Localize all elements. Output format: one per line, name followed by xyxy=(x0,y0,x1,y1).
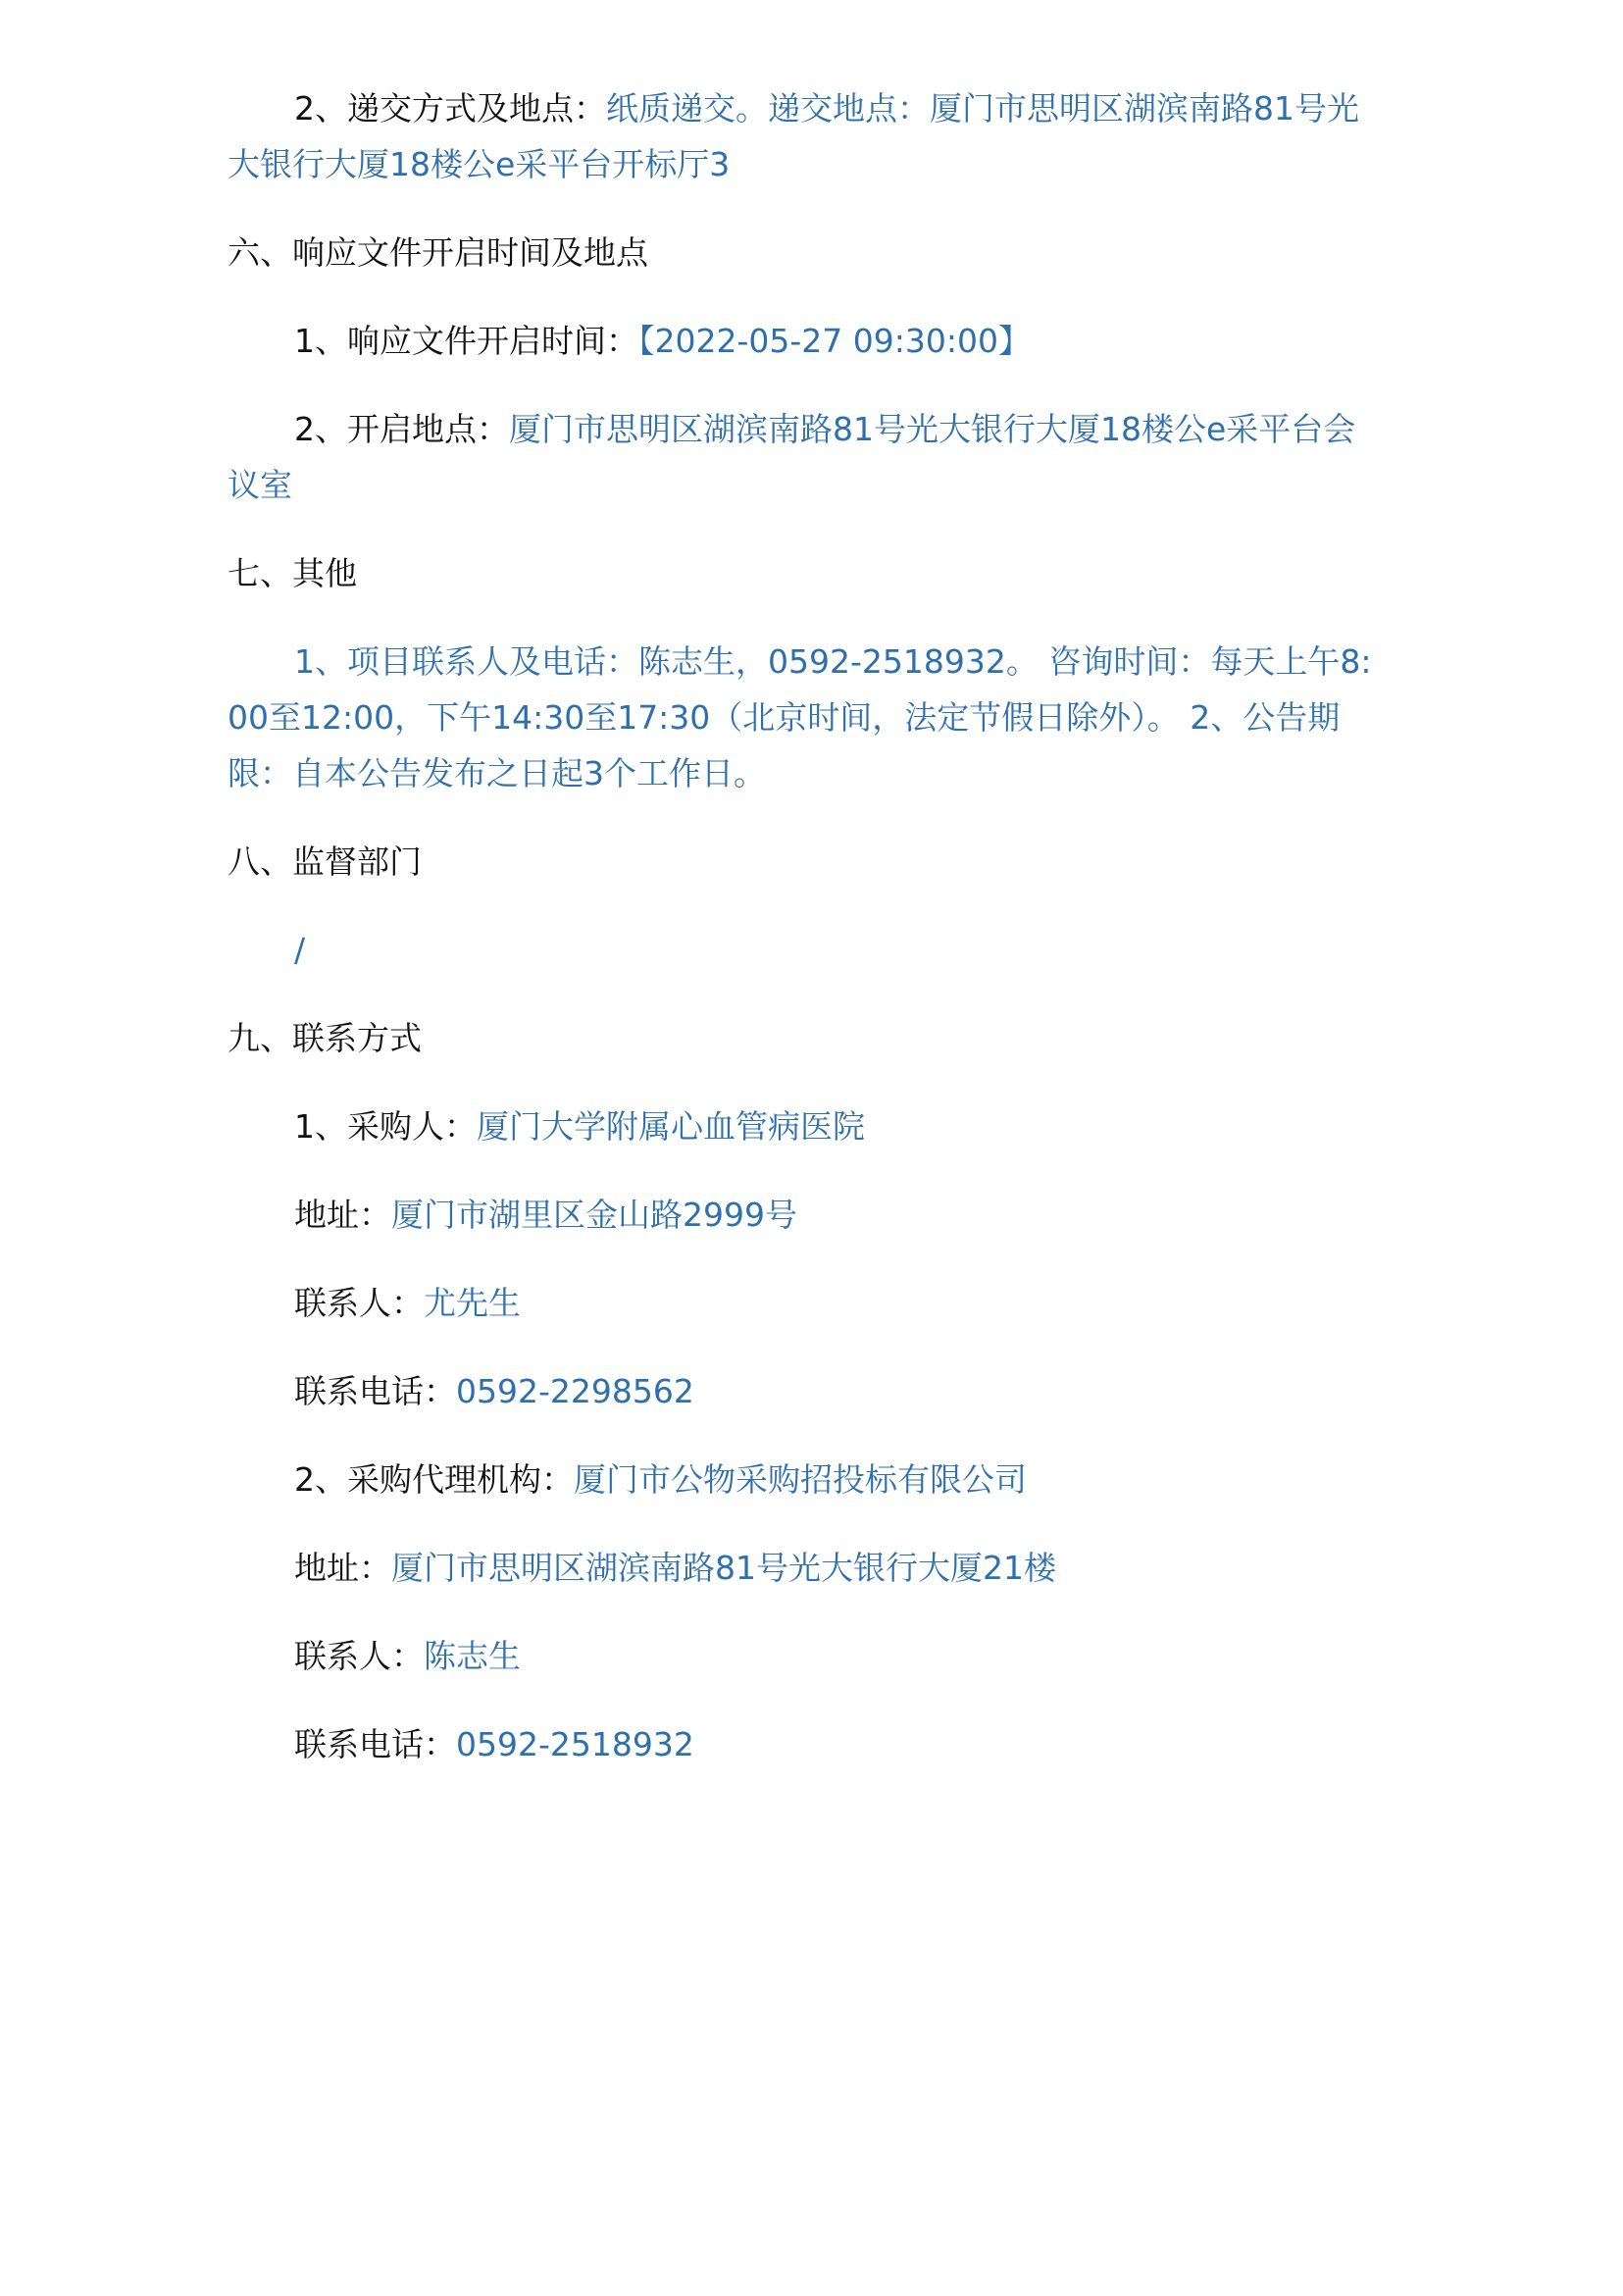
agency-value: 厦门市公物采购招投标有限公司 xyxy=(574,1460,1027,1499)
purchaser-label: 1、采购人： xyxy=(294,1107,477,1146)
document-page: 2、递交方式及地点：纸质递交。递交地点：厦门市思明区湖滨南路81号光大银行大厦1… xyxy=(228,80,1385,1805)
section-heading-opening: 六、响应文件开启时间及地点 xyxy=(228,225,1385,281)
opening-location-paragraph: 2、开启地点：厦门市思明区湖滨南路81号光大银行大厦18楼公e采平台会议室 xyxy=(228,401,1385,513)
agency-phone-row: 联系电话：0592-2518932 xyxy=(228,1716,1385,1772)
agency-phone-label: 联系电话： xyxy=(294,1725,456,1763)
agency-address-row: 地址：厦门市思明区湖滨南路81号光大银行大厦21楼 xyxy=(228,1540,1385,1596)
other-info-paragraph: 1、项目联系人及电话：陈志生，0592-2518932。 咨询时间：每天上午8:… xyxy=(228,634,1385,801)
purchaser-row: 1、采购人：厦门大学附属心血管病医院 xyxy=(228,1098,1385,1154)
agency-address-label: 地址： xyxy=(294,1549,391,1587)
agency-row: 2、采购代理机构：厦门市公物采购招投标有限公司 xyxy=(228,1452,1385,1507)
purchaser-phone-value: 0592-2298562 xyxy=(456,1372,694,1410)
submission-method-label: 2、递交方式及地点： xyxy=(294,89,606,128)
purchaser-address-value: 厦门市湖里区金山路2999号 xyxy=(391,1196,797,1234)
agency-contact-value: 陈志生 xyxy=(424,1637,521,1675)
purchaser-contact-value: 尤先生 xyxy=(424,1284,521,1322)
purchaser-address-row: 地址：厦门市湖里区金山路2999号 xyxy=(228,1187,1385,1243)
agency-contact-label: 联系人： xyxy=(294,1637,424,1675)
purchaser-phone-row: 联系电话：0592-2298562 xyxy=(228,1363,1385,1419)
section-heading-contact: 九、联系方式 xyxy=(228,1010,1385,1066)
opening-location-label: 2、开启地点： xyxy=(294,410,509,448)
purchaser-contact-row: 联系人：尤先生 xyxy=(228,1275,1385,1331)
purchaser-phone-label: 联系电话： xyxy=(294,1372,456,1410)
section-heading-supervision: 八、监督部门 xyxy=(228,834,1385,890)
purchaser-value: 厦门大学附属心血管病医院 xyxy=(477,1107,865,1146)
opening-time-value: 【2022-05-27 09:30:00】 xyxy=(638,322,1031,360)
agency-contact-row: 联系人：陈志生 xyxy=(228,1628,1385,1684)
opening-time-label: 1、响应文件开启时间： xyxy=(294,322,638,360)
purchaser-address-label: 地址： xyxy=(294,1196,391,1234)
agency-label: 2、采购代理机构： xyxy=(294,1460,574,1499)
submission-method-paragraph: 2、递交方式及地点：纸质递交。递交地点：厦门市思明区湖滨南路81号光大银行大厦1… xyxy=(228,80,1385,192)
supervision-value: / xyxy=(228,922,1385,978)
opening-time-paragraph: 1、响应文件开启时间：【2022-05-27 09:30:00】 xyxy=(228,313,1385,369)
purchaser-contact-label: 联系人： xyxy=(294,1284,424,1322)
agency-address-value: 厦门市思明区湖滨南路81号光大银行大厦21楼 xyxy=(391,1549,1056,1587)
section-heading-other: 七、其他 xyxy=(228,545,1385,601)
agency-phone-value: 0592-2518932 xyxy=(456,1725,694,1763)
